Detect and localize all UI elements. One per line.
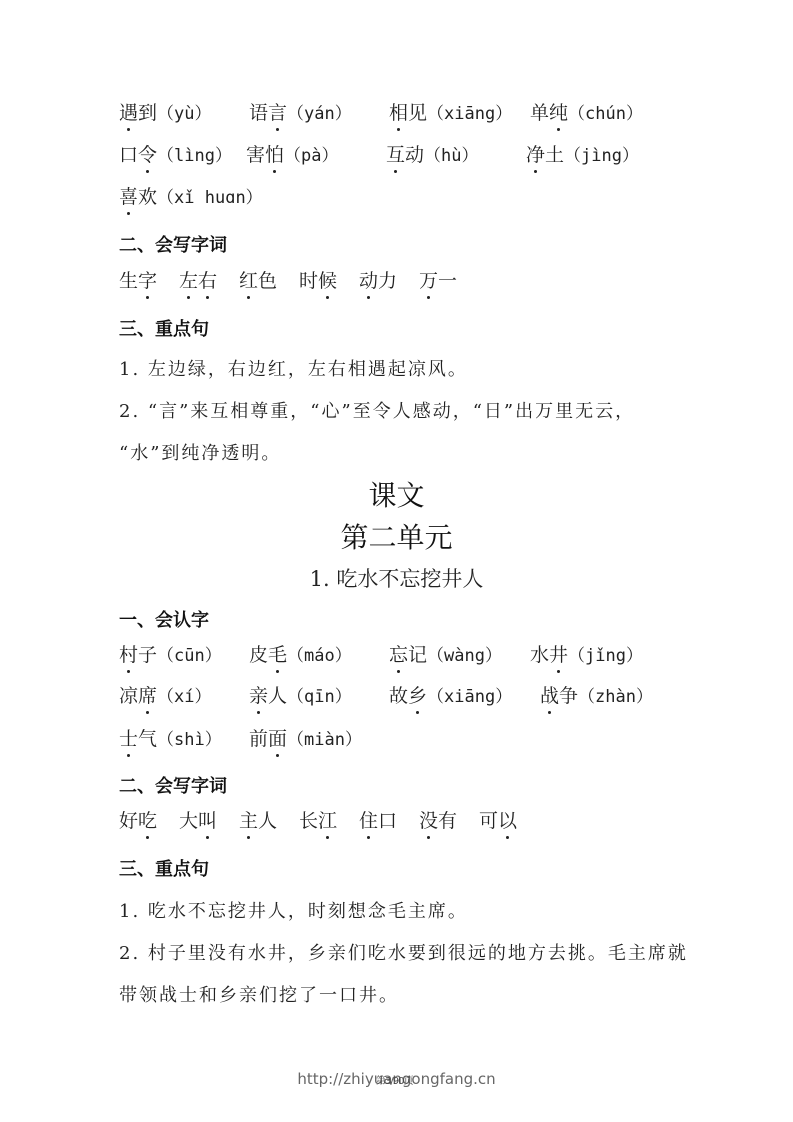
emphasis-dot-char: 字 [138,266,157,296]
recognize-item: 前面（miàn） [249,724,362,755]
pinyin: （chún） [568,104,643,124]
char: 人 [258,810,277,832]
char: 皮 [249,644,268,666]
unit2-write-heading: 二、会写字词 [119,772,227,798]
recognize-item: 水井（jǐng） [530,640,643,671]
pinyin: （shì） [157,730,222,750]
emphasis-dot-char: 相 [389,98,408,128]
char: 见 [408,102,427,124]
emphasis-dot-char: 士 [119,724,138,754]
emphasis-dot-char: 毛 [268,640,287,670]
pinyin: （zhàn） [578,687,653,707]
char: 前 [249,728,268,750]
char: 力 [378,270,397,292]
vocab-word: 水井 [530,644,568,666]
emphasis-dot-char: 面 [268,724,287,754]
pinyin: （hù） [424,146,478,166]
vocab-word: 忘记 [389,644,427,666]
emphasis-dot-char: 没 [419,806,438,836]
vocab-word: 村子 [119,644,157,666]
emphasis-dot-char: 右 [198,266,217,296]
vocab-word: 前面 [249,728,287,750]
char: 到 [138,102,157,124]
pinyin: （qīn） [287,687,352,707]
recognize-item: 喜欢（xǐ huɑn） [119,182,263,213]
section-title: 课文 [0,474,793,514]
char: 可 [479,810,498,832]
write-word: 红色 [239,266,277,296]
char: 色 [258,270,277,292]
pinyin: （xǐ huɑn） [157,188,263,208]
unit1-write-heading: 二、会写字词 [119,231,227,257]
char: 大 [179,810,198,832]
recognize-item: 相见（xiāng） [389,98,512,129]
recognize-item: 凉席（xí） [119,681,212,712]
emphasis-dot-char: 喜 [119,182,138,212]
vocab-word: 相见 [389,102,427,124]
unit1-sentence-heading: 三、重点句 [119,315,209,341]
char: 时 [299,270,318,292]
write-word: 生字 [119,266,157,296]
emphasis-dot-char: 席 [138,681,157,711]
vocab-word: 喜欢 [119,186,157,208]
char: 语 [249,102,268,124]
pinyin: （xí） [157,687,211,707]
pinyin: （jǐng） [568,646,643,666]
char: 动 [405,144,424,166]
vocab-word: 战争 [540,685,578,707]
unit2-sentence-1: 1. 吃水不忘挖井人，时刻想念毛主席。 [119,897,468,923]
emphasis-dot-char: 万 [419,266,438,296]
vocab-word: 凉席 [119,685,157,707]
vocab-word: 生字 [119,270,157,292]
write-word: 长江 [299,806,337,836]
vocab-word: 净土 [526,144,564,166]
write-word: 没有 [419,806,457,836]
emphasis-dot-char: 左 [179,266,198,296]
vocab-word: 主人 [239,810,277,832]
vocab-word: 口令 [119,144,157,166]
emphasis-dot-char: 忘 [389,640,408,670]
pinyin: （cūn） [157,646,222,666]
pinyin: （máo） [287,646,352,666]
emphasis-dot-char: 言 [268,98,287,128]
vocab-word: 互动 [386,144,424,166]
recognize-item: 单纯（chún） [530,98,643,129]
char: 人 [268,685,287,707]
emphasis-dot-char: 以 [498,806,517,836]
unit2-sentence-heading: 三、重点句 [119,855,209,881]
pinyin: （xiāng） [427,104,512,124]
char: 有 [438,810,457,832]
char: 记 [408,644,427,666]
char: 水 [530,644,549,666]
write-word: 大叫 [179,806,217,836]
emphasis-dot-char: 候 [318,266,337,296]
char: 子 [138,644,157,666]
vocab-word: 可以 [479,810,517,832]
emphasis-dot-char: 江 [318,806,337,836]
char: 争 [559,685,578,707]
vocab-word: 动力 [359,270,397,292]
write-word: 好吃 [119,806,157,836]
char: 土 [545,144,564,166]
page-number: 第3/90页 [376,1072,412,1087]
char: 欢 [138,186,157,208]
vocab-word: 士气 [119,728,157,750]
unit2-recognize-heading: 一、会认字 [119,606,209,632]
emphasis-dot-char: 叫 [198,806,217,836]
emphasis-dot-char: 乡 [408,681,427,711]
emphasis-dot-char: 纯 [549,98,568,128]
pinyin: （yán） [287,104,352,124]
recognize-item: 士气（shì） [119,724,222,755]
write-word: 动力 [359,266,397,296]
recognize-item: 战争（zhàn） [540,681,653,712]
vocab-word: 万一 [419,270,457,292]
emphasis-dot-char: 净 [526,140,545,170]
vocab-word: 红色 [239,270,277,292]
emphasis-dot-char: 红 [239,266,258,296]
emphasis-dot-char: 主 [239,806,258,836]
emphasis-dot-char: 动 [359,266,378,296]
vocab-word: 大叫 [179,810,217,832]
recognize-item: 故乡（xiāng） [389,681,512,712]
vocab-word: 好吃 [119,810,157,832]
vocab-word: 时候 [299,270,337,292]
emphasis-dot-char: 住 [359,806,378,836]
unit2-sentence-2: 2. 村子里没有水井，乡亲们吃水要到很远的地方去挑。毛主席就 [119,939,688,965]
vocab-word: 故乡 [389,685,427,707]
recognize-item: 皮毛（máo） [249,640,352,671]
vocab-word: 没有 [419,810,457,832]
vocab-word: 皮毛 [249,644,287,666]
write-word: 万一 [419,266,457,296]
char: 害 [246,144,265,166]
page-footer: http://zhiyuangongfang.cn 第3/90页 [0,1070,793,1088]
write-word: 住口 [359,806,397,836]
char: 口 [119,144,138,166]
recognize-item: 口令（lìng） [119,140,232,171]
write-word: 左右 [179,266,217,296]
emphasis-dot-char: 互 [386,140,405,170]
pinyin: （pà） [284,146,338,166]
emphasis-dot-char: 战 [540,681,559,711]
char: 凉 [119,685,138,707]
recognize-item: 遇到（yù） [119,98,212,129]
vocab-word: 单纯 [530,102,568,124]
pinyin: （jìng） [564,146,639,166]
emphasis-dot-char: 怕 [265,140,284,170]
char: 生 [119,270,138,292]
recognize-item: 村子（cūn） [119,640,222,671]
unit1-sentence-2: 2. “言”来互相尊重，“心”至令人感动，“日”出万里无云， [119,397,635,423]
vocab-word: 语言 [249,102,287,124]
unit-title: 第二单元 [0,516,793,556]
lesson-title: 1. 吃水不忘挖井人 [0,563,793,593]
document-page: 遇到（yù）语言（yán）相见（xiāng）单纯（chún）口令（lìng）害怕… [0,0,793,1122]
vocab-word: 住口 [359,810,397,832]
emphasis-dot-char: 吃 [138,806,157,836]
vocab-word: 害怕 [246,144,284,166]
pinyin: （wàng） [427,646,502,666]
pinyin: （lìng） [157,146,232,166]
pinyin: （miàn） [287,730,362,750]
emphasis-dot-char: 村 [119,640,138,670]
recognize-item: 亲人（qīn） [249,681,352,712]
write-word: 时候 [299,266,337,296]
write-word: 主人 [239,806,277,836]
vocab-word: 左右 [179,270,217,292]
recognize-item: 害怕（pà） [246,140,339,171]
emphasis-dot-char: 井 [549,640,568,670]
write-word: 可以 [479,806,517,836]
char: 长 [299,810,318,832]
vocab-word: 亲人 [249,685,287,707]
emphasis-dot-char: 亲 [249,681,268,711]
unit2-sentence-2-cont: 带领战士和乡亲们挖了一口井。 [119,981,399,1007]
recognize-item: 净土（jìng） [526,140,639,171]
unit1-sentence-2-cont: “水”到纯净透明。 [119,439,281,465]
recognize-item: 语言（yán） [249,98,352,129]
unit1-sentence-1: 1. 左边绿，右边红，左右相遇起凉风。 [119,355,468,381]
vocab-word: 遇到 [119,102,157,124]
recognize-item: 忘记（wàng） [389,640,502,671]
pinyin: （xiāng） [427,687,512,707]
char: 单 [530,102,549,124]
char: 口 [378,810,397,832]
emphasis-dot-char: 令 [138,140,157,170]
char: 气 [138,728,157,750]
pinyin: （yù） [157,104,211,124]
char: 好 [119,810,138,832]
char: 故 [389,685,408,707]
emphasis-dot-char: 遇 [119,98,138,128]
recognize-item: 互动（hù） [386,140,479,171]
char: 一 [438,270,457,292]
vocab-word: 长江 [299,810,337,832]
